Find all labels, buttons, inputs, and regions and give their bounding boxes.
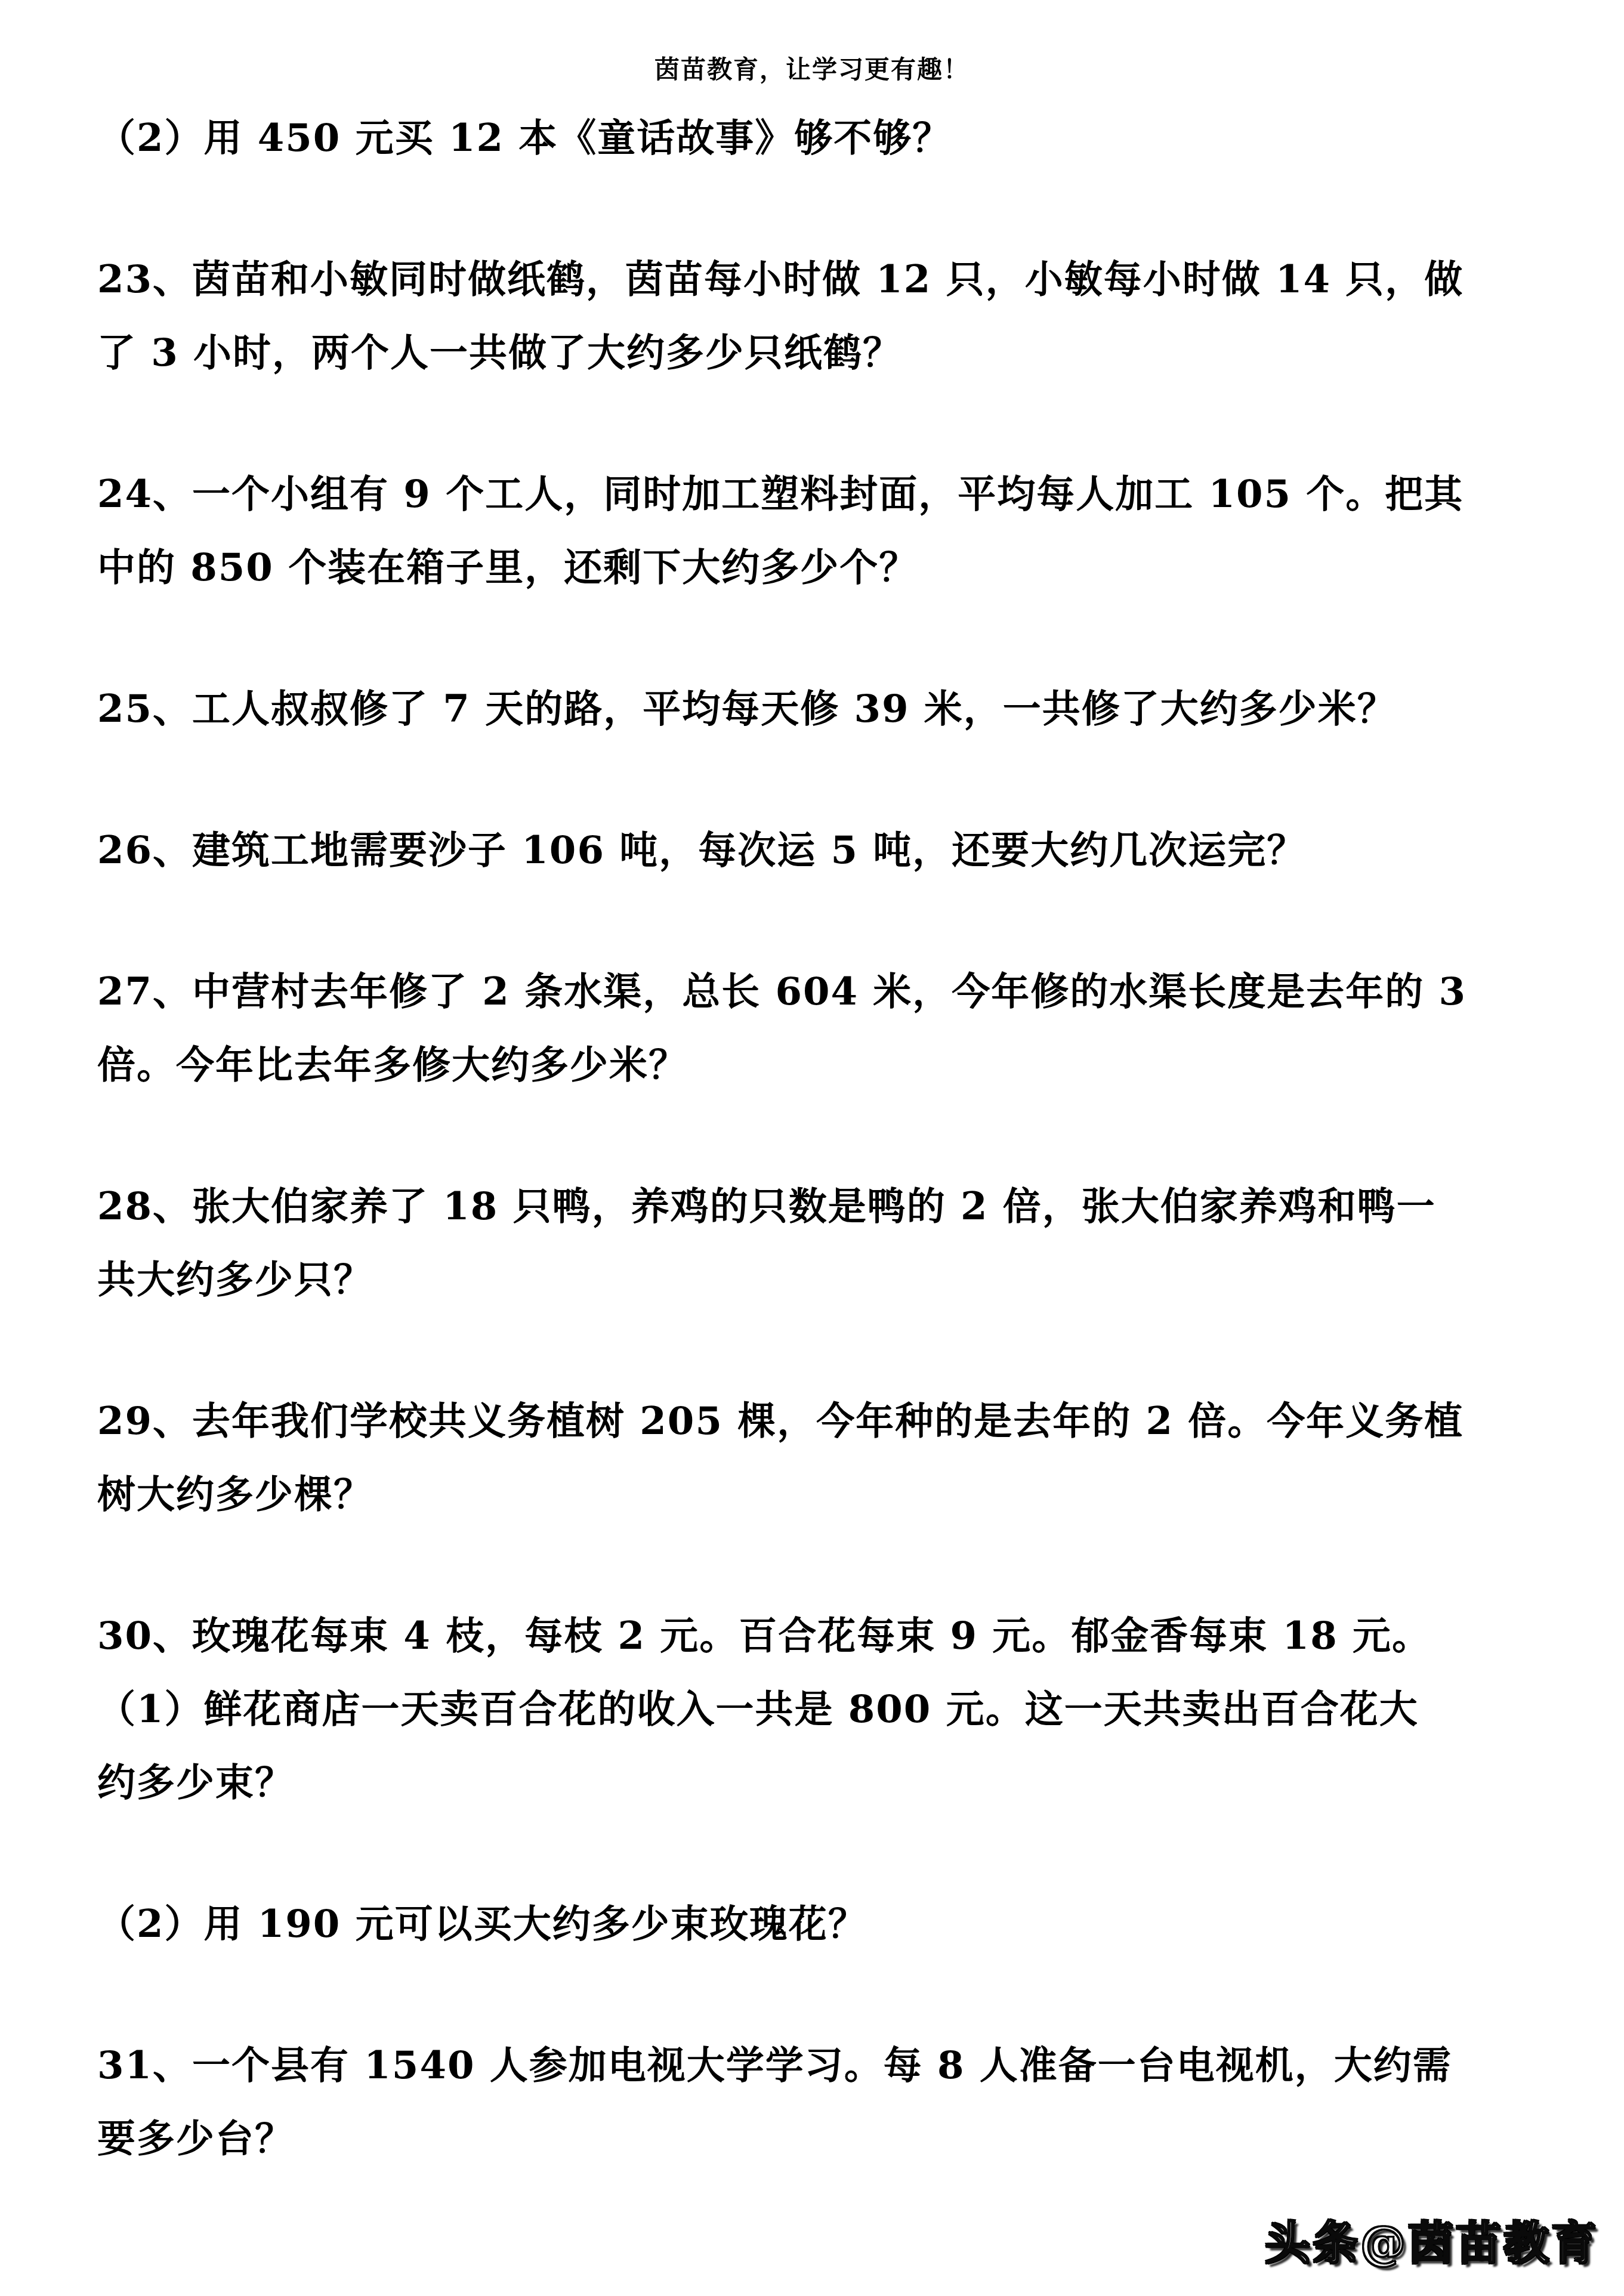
header-slogan: 茵苗教育，让学习更有趣！ <box>0 50 1624 86</box>
problem-30-and-part-1: 30、玫瑰花每束 4 枝，每枝 2 元。百合花每束 9 元。郁金香每束 18 元… <box>97 1599 1571 1819</box>
problem-line: 28、张大伯家养了 18 只鸭，养鸡的只数是鸭的 2 倍，张大伯家养鸡和鸭一 <box>97 1170 1571 1243</box>
problem-line: 25、工人叔叔修了 7 天的路，平均每天修 39 米，一共修了大约多少米？ <box>97 672 1571 746</box>
problem-line: 31、一个县有 1540 人参加电视大学学习。每 8 人准备一台电视机，大约需 <box>97 2029 1571 2102</box>
problem-line: 24、一个小组有 9 个工人，同时加工塑料封面，平均每人加工 105 个。把其 <box>97 458 1571 531</box>
problem-27: 27、中营村去年修了 2 条水渠，总长 604 米，今年修的水渠长度是去年的 3… <box>97 955 1571 1102</box>
problem-24: 24、一个小组有 9 个工人，同时加工塑料封面，平均每人加工 105 个。把其 … <box>97 458 1571 604</box>
problem-line: 要多少台？ <box>97 2102 1571 2176</box>
problem-28: 28、张大伯家养了 18 只鸭，养鸡的只数是鸭的 2 倍，张大伯家养鸡和鸭一 共… <box>97 1170 1571 1317</box>
problem-line: 树大约多少棵？ <box>97 1458 1571 1531</box>
problem-31: 31、一个县有 1540 人参加电视大学学习。每 8 人准备一台电视机，大约需 … <box>97 2029 1571 2176</box>
problems-list: （2）用 450 元买 12 本《童话故事》够不够？ 23、茵苗和小敏同时做纸鹤… <box>97 101 1571 2244</box>
problem-30-part-2: （2）用 190 元可以买大约多少束玫瑰花？ <box>97 1887 1571 1961</box>
toutiao-watermark: 头条@茵苗教育 <box>1265 2207 1599 2272</box>
problem-29: 29、去年我们学校共义务植树 205 棵，今年种的是去年的 2 倍。今年义务植 … <box>97 1385 1571 1531</box>
problem-line: 约多少束？ <box>97 1746 1571 1819</box>
problem-23: 23、茵苗和小敏同时做纸鹤，茵苗每小时做 12 只，小敏每小时做 14 只，做 … <box>97 243 1571 390</box>
problem-line: 了 3 小时，两个人一共做了大约多少只纸鹤？ <box>97 316 1571 390</box>
problem-line: 23、茵苗和小敏同时做纸鹤，茵苗每小时做 12 只，小敏每小时做 14 只，做 <box>97 243 1571 316</box>
problem-22-part-2: （2）用 450 元买 12 本《童话故事》够不够？ <box>97 101 1571 175</box>
problem-line: （1）鲜花商店一天卖百合花的收入一共是 800 元。这一天共卖出百合花大 <box>97 1673 1571 1746</box>
problem-26: 26、建筑工地需要沙子 106 吨，每次运 5 吨，还要大约几次运完？ <box>97 814 1571 887</box>
problem-line: （2）用 450 元买 12 本《童话故事》够不够？ <box>97 101 1571 175</box>
problem-line: 29、去年我们学校共义务植树 205 棵，今年种的是去年的 2 倍。今年义务植 <box>97 1385 1571 1458</box>
problem-line: 共大约多少只？ <box>97 1243 1571 1317</box>
problem-line: 倍。今年比去年多修大约多少米？ <box>97 1028 1571 1102</box>
problem-line: （2）用 190 元可以买大约多少束玫瑰花？ <box>97 1887 1571 1961</box>
problem-line: 30、玫瑰花每束 4 枝，每枝 2 元。百合花每束 9 元。郁金香每束 18 元… <box>97 1599 1571 1673</box>
problem-line: 中的 850 个装在箱子里，还剩下大约多少个？ <box>97 531 1571 604</box>
worksheet-page: 茵苗教育，让学习更有趣！ （2）用 450 元买 12 本《童话故事》够不够？ … <box>0 0 1624 2296</box>
problem-line: 26、建筑工地需要沙子 106 吨，每次运 5 吨，还要大约几次运完？ <box>97 814 1571 887</box>
problem-25: 25、工人叔叔修了 7 天的路，平均每天修 39 米，一共修了大约多少米？ <box>97 672 1571 746</box>
problem-line: 27、中营村去年修了 2 条水渠，总长 604 米，今年修的水渠长度是去年的 3 <box>97 955 1571 1028</box>
